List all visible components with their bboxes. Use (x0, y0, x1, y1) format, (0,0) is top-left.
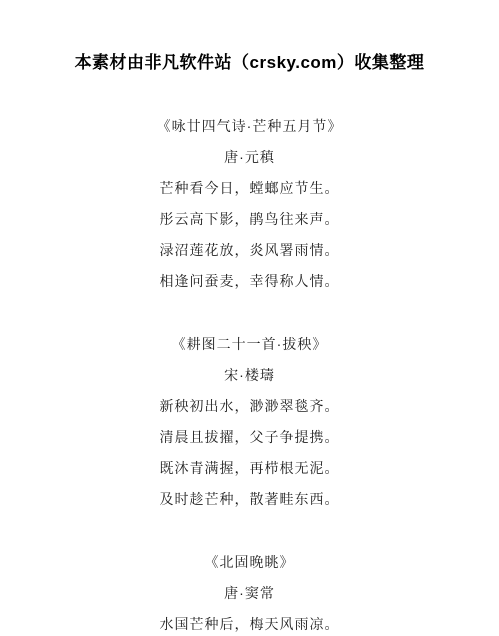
poem-section: 《咏廿四气诗·芒种五月节》 唐·元稹 芒种看今日，螳螂应节生。 彤云高下影，鹃鸟… (0, 111, 499, 297)
poem-line: 及时趁芒种，散著畦东西。 (0, 484, 499, 515)
poem-author: 宋·楼璹 (0, 360, 499, 391)
poem-title: 《耕图二十一首·拔秧》 (0, 329, 499, 360)
poem-line: 芒种看今日，螳螂应节生。 (0, 173, 499, 204)
poem-author: 唐·窦常 (0, 578, 499, 609)
poem-section: 《耕图二十一首·拔秧》 宋·楼璹 新秧初出水，渺渺翠毯齐。 清晨且拔擢，父子争提… (0, 329, 499, 515)
poem-title: 《咏廿四气诗·芒种五月节》 (0, 111, 499, 142)
document-header: 本素材由非凡软件站（crsky.com）收集整理 (0, 47, 499, 79)
poem-line: 渌沼莲花放，炎风署雨情。 (0, 235, 499, 266)
poem-line: 新秧初出水，渺渺翠毯齐。 (0, 391, 499, 422)
poem-title: 《北固晚眺》 (0, 547, 499, 578)
poem-line: 相逢问蚕麦，幸得称人情。 (0, 266, 499, 297)
document-page: 本素材由非凡软件站（crsky.com）收集整理 《咏廿四气诗·芒种五月节》 唐… (0, 0, 499, 636)
poem-line: 既沐青满握，再栉根无泥。 (0, 453, 499, 484)
poem-line: 清晨且拔擢，父子争提携。 (0, 422, 499, 453)
poem-line: 彤云高下影，鹃鸟往来声。 (0, 204, 499, 235)
poem-author: 唐·元稹 (0, 142, 499, 173)
poem-line: 水国芒种后，梅天风雨凉。 (0, 609, 499, 636)
poem-section: 《北固晚眺》 唐·窦常 水国芒种后，梅天风雨凉。 (0, 547, 499, 636)
